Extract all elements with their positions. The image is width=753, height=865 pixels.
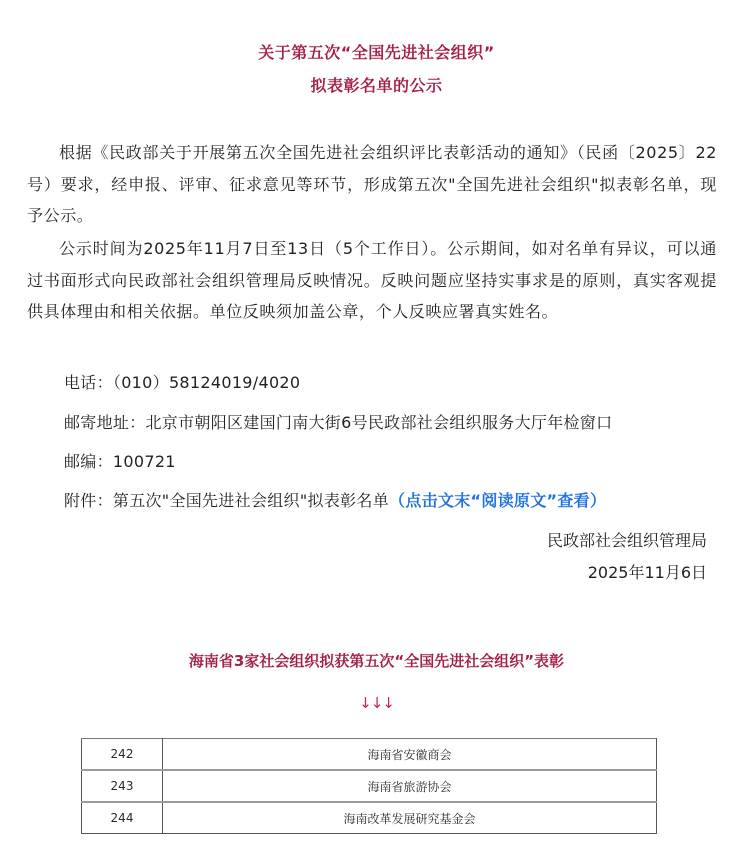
table-row: 243 海南省旅游协会 (82, 770, 657, 802)
signature-organization: 民政部社会组织管理局 (547, 528, 707, 551)
row-number: 243 (82, 770, 163, 802)
row-number: 244 (82, 802, 163, 834)
contact-phone: 电话：（010）58124019/4020 (64, 370, 300, 393)
row-number: 242 (82, 739, 163, 771)
table-row: 244 海南改革发展研究基金会 (82, 802, 657, 834)
notice-title-line1: 关于第五次“全国先进社会组织” (0, 40, 753, 63)
awardee-table: 242 海南省安徽商会 243 海南省旅游协会 244 海南改革发展研究基金会 (81, 738, 657, 834)
paragraph-period: 公示时间为2025年11月7日至13日（5个工作日）。公示期间，如对名单有异议，… (27, 233, 717, 328)
paragraph-basis: 根据《民政部关于开展第五次全国先进社会组织评比表彰活动的通知》（民函〔2025〕… (27, 137, 717, 232)
attachment-label: 附件：第五次"全国先进社会组织"拟表彰名单 (64, 491, 389, 510)
attachment-line: 附件：第五次"全国先进社会组织"拟表彰名单（点击文末“阅读原文”查看） (64, 488, 606, 511)
organization-name: 海南省安徽商会 (163, 739, 657, 771)
table-row: 242 海南省安徽商会 (82, 739, 657, 771)
signature-date: 2025年11月6日 (588, 560, 707, 583)
organization-name: 海南省旅游协会 (163, 770, 657, 802)
down-arrows-icon: ↓↓↓ (0, 694, 753, 712)
postal-code: 邮编：100721 (64, 449, 176, 472)
read-original-link[interactable]: （点击文末“阅读原文”查看） (389, 491, 606, 510)
hainan-section-title: 海南省3家社会组织拟获第五次“全国先进社会组织”表彰 (0, 650, 753, 671)
organization-name: 海南改革发展研究基金会 (163, 802, 657, 834)
mailing-address: 邮寄地址：北京市朝阳区建国门南大街6号民政部社会组织服务大厅年检窗口 (64, 410, 612, 433)
notice-title-line2: 拟表彰名单的公示 (0, 73, 753, 96)
